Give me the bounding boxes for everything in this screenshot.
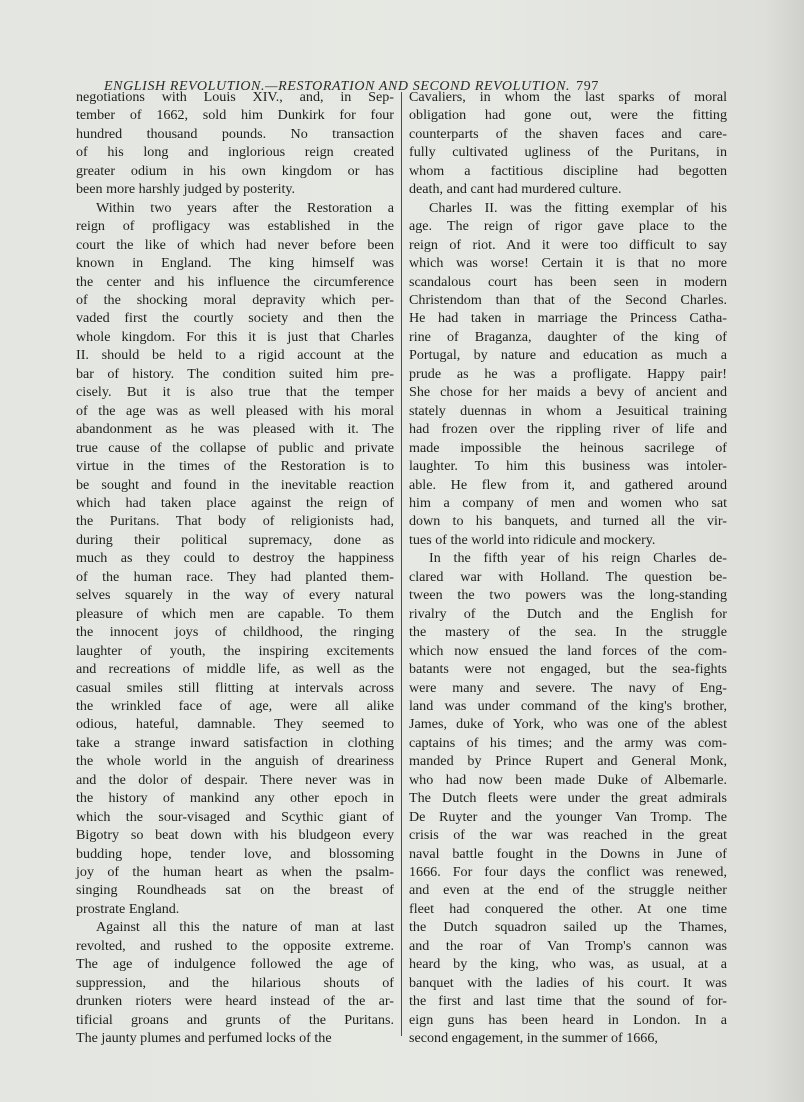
text-line: of the age was as well pleased with his … (76, 402, 394, 420)
text-line: and even at the end of the struggle neit… (409, 881, 727, 899)
text-line: rine of Braganza, daughter of the king o… (409, 328, 727, 346)
text-line: prostrate England. (76, 900, 394, 918)
text-line: The Dutch fleets were under the great ad… (409, 789, 727, 807)
text-line: the center and his influence the circumf… (76, 273, 394, 291)
text-line: She chose for her maids a bevy of ancien… (409, 383, 727, 401)
text-line: the Dutch squadron sailed up the Thames, (409, 918, 727, 936)
text-line: second engagement, in the summer of 1666… (409, 1029, 727, 1047)
text-line: who had now been made Duke of Albemarle. (409, 771, 727, 789)
text-line: which the sour-visaged and Scythic giant… (76, 808, 394, 826)
paragraph: Within two years after the Restoration a… (76, 199, 394, 919)
text-line: tember of 1662, sold him Dunkirk for fou… (76, 106, 394, 124)
text-line: Portugal, by nature and education as muc… (409, 346, 727, 364)
text-line: down to his banquets, and turned all the… (409, 512, 727, 530)
text-line: and the roar of Van Tromp's cannon was (409, 937, 727, 955)
text-line: Bigotry so beat down with his bludgeon e… (76, 826, 394, 844)
text-line: captains of his times; and the army was … (409, 734, 727, 752)
text-body: negotiations with Louis XIV., and, in Se… (76, 88, 724, 1048)
text-line: laughter of youth, the inspiring excitem… (76, 642, 394, 660)
text-line: laughter. To him this business was intol… (409, 457, 727, 475)
paragraph: Against all this the nature of man at la… (76, 918, 394, 1047)
text-line: greater odium in his own kingdom or has (76, 162, 394, 180)
text-line: batants were not engaged, but the sea-fi… (409, 660, 727, 678)
paragraph: Charles II. was the fitting exemplar of … (409, 199, 727, 550)
text-line: crisis of the war was reached in the gre… (409, 826, 727, 844)
text-line: eign guns has been heard in London. In a (409, 1011, 727, 1029)
text-line: suppression, and the hilarious shouts of (76, 974, 394, 992)
text-line: pleasure of which men are capable. To th… (76, 605, 394, 623)
right-column: Cavaliers, in whom the last sparks of mo… (409, 88, 727, 1048)
text-line: heard by the king, who was, as usual, at… (409, 955, 727, 973)
text-line: Charles II. was the fitting exemplar of … (409, 199, 727, 217)
text-line: fleet had conquered the other. At one ti… (409, 900, 727, 918)
text-line: able. He flew from it, and gathered arou… (409, 476, 727, 494)
text-line: whole kingdom. For this it is just that … (76, 328, 394, 346)
text-line: joy of the human heart as when the psalm… (76, 863, 394, 881)
text-line: abandonment as he was pleased with it. T… (76, 420, 394, 438)
text-line: singing Roundheads sat on the breast of (76, 881, 394, 899)
text-line: the Puritans. That body of religionists … (76, 512, 394, 530)
text-line: court the like of which had never before… (76, 236, 394, 254)
text-line: and the dolor of despair. There never wa… (76, 771, 394, 789)
text-line: of the shocking moral depravity which pe… (76, 291, 394, 309)
text-line: The age of indulgence followed the age o… (76, 955, 394, 973)
text-line: the wrinkled face of age, were all alike (76, 697, 394, 715)
text-line: Against all this the nature of man at la… (76, 918, 394, 936)
left-column: negotiations with Louis XIV., and, in Se… (76, 88, 394, 1048)
text-line: Christendom than that of the Second Char… (409, 291, 727, 309)
text-line: made impossible the heinous sacrilege of (409, 439, 727, 457)
text-line: were many and severe. The navy of Eng- (409, 679, 727, 697)
text-line: vaded first the courtly society and then… (76, 309, 394, 327)
text-line: Within two years after the Restoration a (76, 199, 394, 217)
text-line: tues of the world into ridicule and mock… (409, 531, 727, 549)
text-line: of the human race. They had planted them… (76, 568, 394, 586)
text-line: the innocent joys of childhood, the ring… (76, 623, 394, 641)
paragraph: negotiations with Louis XIV., and, in Se… (76, 88, 394, 199)
text-line: stately duennas in whom a Jesuitical tra… (409, 402, 727, 420)
text-line: the whole world in the anguish of dreari… (76, 752, 394, 770)
text-line: during their political supremacy, done a… (76, 531, 394, 549)
text-line: banquet with the ladies of his court. It… (409, 974, 727, 992)
text-line: De Ruyter and the younger Van Tromp. The (409, 808, 727, 826)
text-line: known in England. The king himself was (76, 254, 394, 272)
text-line: tificial groans and grunts of the Purita… (76, 1011, 394, 1029)
text-line: counterparts of the shaven faces and car… (409, 125, 727, 143)
text-line: him a company of men and women who sat (409, 494, 727, 512)
text-line: 1666. For four days the conflict was ren… (409, 863, 727, 881)
text-line: prude as he was a profligate. Happy pair… (409, 365, 727, 383)
text-line: the mastery of the sea. In the struggle (409, 623, 727, 641)
text-line: death, and cant had murdered culture. (409, 180, 727, 198)
text-line: clared war with Holland. The question be… (409, 568, 727, 586)
text-line: odious, hateful, damnable. They seemed t… (76, 715, 394, 733)
text-line: which had taken place against the reign … (76, 494, 394, 512)
text-line: be sought and found in the inevitable re… (76, 476, 394, 494)
text-line: James, duke of York, who was one of the … (409, 715, 727, 733)
text-line: casual smiles still flitting at interval… (76, 679, 394, 697)
paragraph: In the fifth year of his reign Charles d… (409, 549, 727, 1047)
text-line: been more harshly judged by posterity. (76, 180, 394, 198)
text-line: whom a factitious discipline had begotte… (409, 162, 727, 180)
text-line: The jaunty plumes and perfumed locks of … (76, 1029, 394, 1047)
text-line: drunken rioters were heard instead of th… (76, 992, 394, 1010)
text-line: true cause of the collapse of public and… (76, 439, 394, 457)
paragraph: Cavaliers, in whom the last sparks of mo… (409, 88, 727, 199)
text-line: fully cultivated ugliness of the Puritan… (409, 143, 727, 161)
text-line: II. should be held to a rigid account at… (76, 346, 394, 364)
text-line: had frozen over the rippling river of li… (409, 420, 727, 438)
text-line: selves squarely in the way of every natu… (76, 586, 394, 604)
text-line: which now ensued the land forces of the … (409, 642, 727, 660)
text-line: tween the two powers was the long-standi… (409, 586, 727, 604)
text-line: obligation had gone out, were the fittin… (409, 106, 727, 124)
text-line: scandalous court has been seen in modern (409, 273, 727, 291)
text-line: rivalry of the Dutch and the English for (409, 605, 727, 623)
text-line: and recreations of middle life, as well … (76, 660, 394, 678)
text-line: revolted, and rushed to the opposite ext… (76, 937, 394, 955)
text-line: bar of history. The condition suited him… (76, 365, 394, 383)
text-line: He had taken in marriage the Princess Ca… (409, 309, 727, 327)
text-line: virtue in the times of the Restoration i… (76, 457, 394, 475)
text-line: reign of profligacy was established in t… (76, 217, 394, 235)
text-line: land was under command of the king's bro… (409, 697, 727, 715)
text-line: which was worse! Certain it is that no m… (409, 254, 727, 272)
text-line: hundred thousand pounds. No transaction (76, 125, 394, 143)
text-line: of his long and inglorious reign created (76, 143, 394, 161)
text-line: negotiations with Louis XIV., and, in Se… (76, 88, 394, 106)
text-line: reign of riot. And it were too difficult… (409, 236, 727, 254)
text-line: cisely. But it is also true that the tem… (76, 383, 394, 401)
text-line: take a strange inward satisfaction in cl… (76, 734, 394, 752)
text-line: In the fifth year of his reign Charles d… (409, 549, 727, 567)
text-line: budding hope, tender love, and blossomin… (76, 845, 394, 863)
text-line: Cavaliers, in whom the last sparks of mo… (409, 88, 727, 106)
text-line: the first and last time that the sound o… (409, 992, 727, 1010)
text-line: much as they could to destroy the happin… (76, 549, 394, 567)
text-line: manded by Prince Rupert and General Monk… (409, 752, 727, 770)
text-line: naval battle fought in the Downs in June… (409, 845, 727, 863)
text-line: the history of mankind any other epoch i… (76, 789, 394, 807)
text-line: age. The reign of rigor gave place to th… (409, 217, 727, 235)
